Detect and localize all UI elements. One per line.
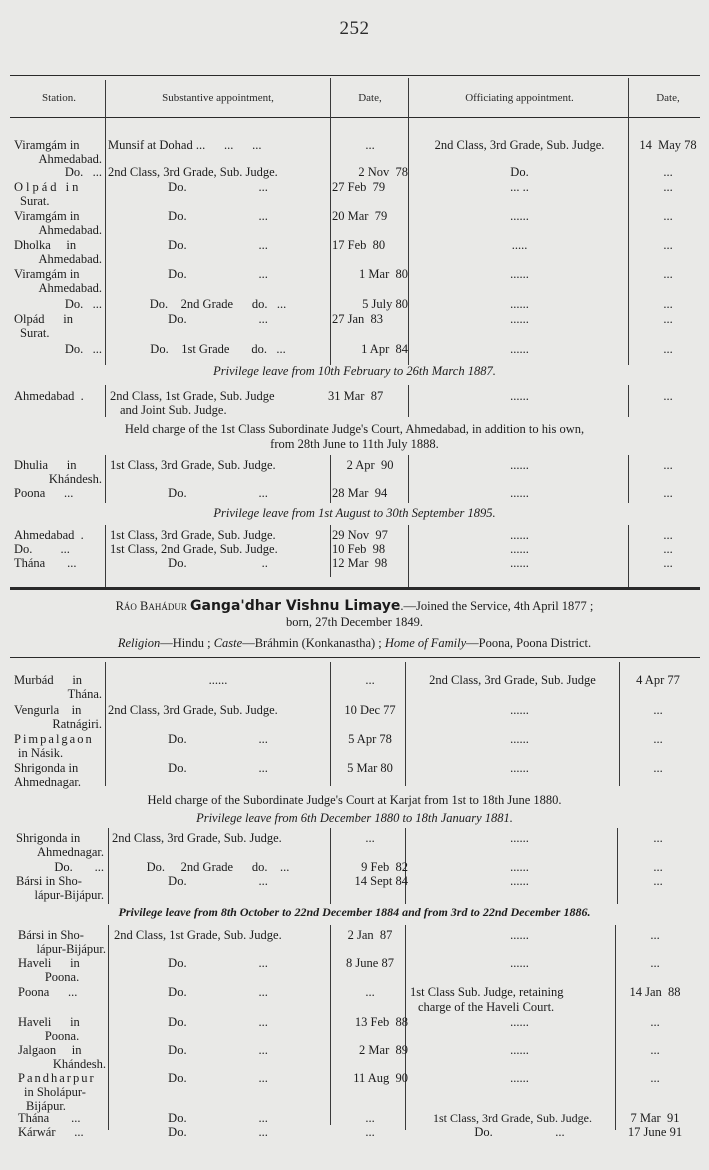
officer-details: Religion—Hindu ; Caste—Bráhmin (Konkanas… bbox=[0, 635, 709, 651]
divider bbox=[105, 525, 106, 587]
header-substantive: Substantive appointment, bbox=[108, 92, 328, 104]
officer-bio: Ráo Bahádur Ganga'dhar Vishnu Limaye.—Jo… bbox=[0, 598, 709, 630]
divider bbox=[330, 78, 331, 365]
bio-rule bbox=[10, 657, 700, 658]
divider bbox=[408, 455, 409, 503]
divider bbox=[330, 662, 331, 786]
divider bbox=[105, 662, 106, 786]
divider bbox=[628, 78, 629, 365]
divider bbox=[330, 455, 331, 503]
divider bbox=[330, 925, 331, 1125]
header-top-rule bbox=[10, 75, 700, 76]
charge-note: Held charge of the Subordinate Judge's C… bbox=[0, 793, 709, 808]
divider bbox=[628, 525, 629, 587]
divider bbox=[105, 80, 106, 365]
officer-title: Ráo Bahádur bbox=[116, 599, 187, 613]
header-date: Date, bbox=[332, 92, 408, 104]
divider bbox=[330, 525, 331, 577]
divider bbox=[628, 385, 629, 417]
header-station: Station. bbox=[14, 92, 104, 104]
divider bbox=[408, 525, 409, 587]
header-officiating: Officiating appointment. bbox=[412, 92, 627, 104]
divider bbox=[408, 78, 409, 365]
divider bbox=[105, 455, 106, 503]
officer-name: Ganga'dhar Vishnu Limaye bbox=[190, 598, 400, 614]
divider bbox=[105, 385, 106, 417]
leave-note: Privilege leave from 6th December 1880 t… bbox=[0, 811, 709, 826]
header-bottom-rule bbox=[10, 117, 700, 118]
divider bbox=[628, 455, 629, 503]
charge-note: Held charge of the 1st Class Subordinate… bbox=[0, 422, 709, 452]
page-number: 252 bbox=[0, 18, 709, 40]
leave-note: Privilege leave from 8th October to 22nd… bbox=[0, 905, 709, 920]
header-date-2: Date, bbox=[630, 92, 706, 104]
leave-note: Privilege leave from 1st August to 30th … bbox=[0, 506, 709, 521]
section-divider bbox=[10, 587, 700, 590]
divider bbox=[408, 385, 409, 417]
leave-note: Privilege leave from 10th February to 26… bbox=[0, 364, 709, 379]
